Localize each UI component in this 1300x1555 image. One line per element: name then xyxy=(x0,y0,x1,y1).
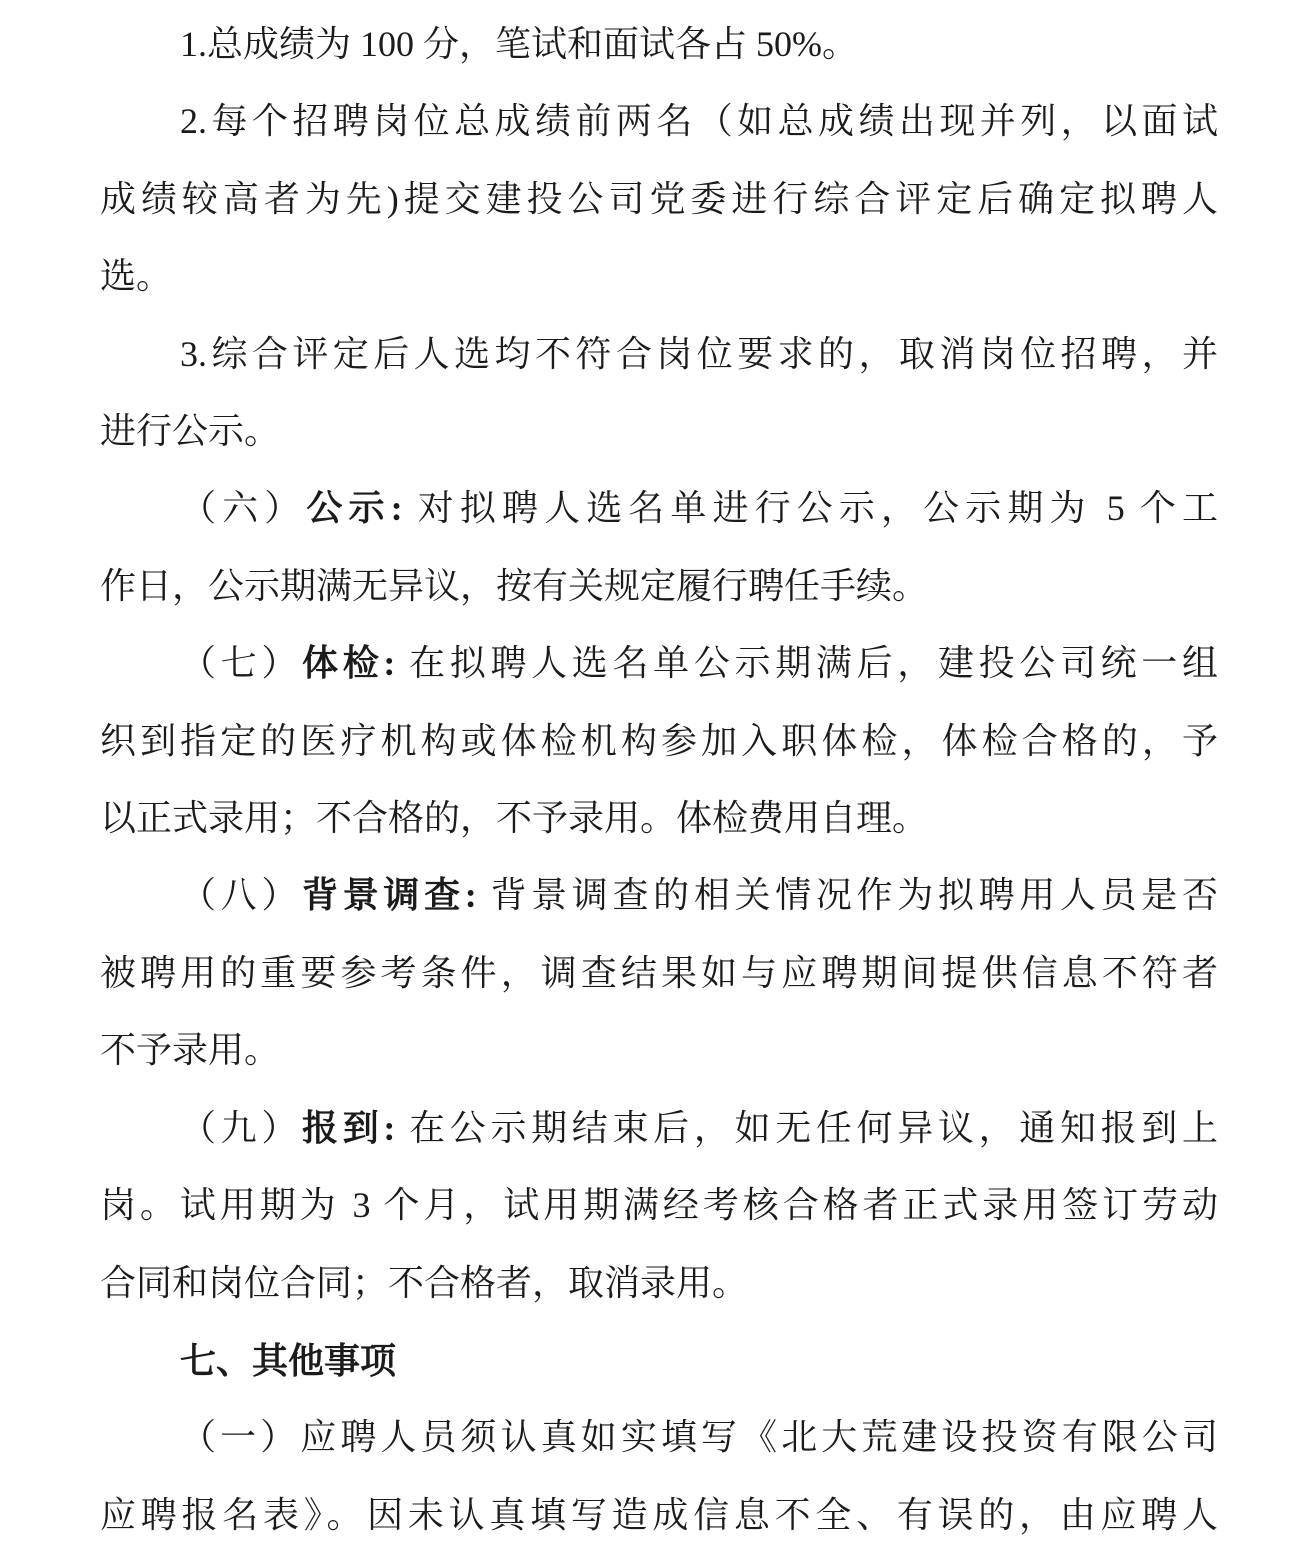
paragraph-line: 以正式录用；不合格的，不予录用。体检费用自理。 xyxy=(100,780,1218,857)
section-number: （九） xyxy=(180,1108,302,1148)
section-number: （七） xyxy=(180,643,302,683)
paragraph-line: 合同和岗位合同；不合格者，取消录用。 xyxy=(100,1245,1218,1322)
paragraph-line-section-9: （九）报到: 在公示期结束后，如无任何异议，通知报到上 xyxy=(100,1090,1218,1167)
paragraph-line: 被聘用的重要参考条件，调查结果如与应聘期间提供信息不符者 xyxy=(100,935,1218,1012)
section-text: 对拟聘人选名单进行公示，公示期为 5 个工 xyxy=(403,488,1218,528)
section-label: 公示: xyxy=(306,488,402,528)
section-number: （八） xyxy=(180,875,302,915)
section-number: （六） xyxy=(180,488,306,528)
section-text: 背景调查的相关情况作为拟聘用人员是否 xyxy=(477,875,1218,915)
paragraph-line: 成绩较高者为先)提交建投公司党委进行综合评定后确定拟聘人 xyxy=(100,161,1218,238)
paragraph-line: 应聘报名表》。因未认真填写造成信息不全、有误的，由应聘人 xyxy=(100,1477,1218,1554)
paragraph-line: 不予录用。 xyxy=(100,1012,1218,1089)
paragraph-line: （一）应聘人员须认真如实填写《北大荒建设投资有限公司 xyxy=(100,1399,1218,1476)
section-text: 在公示期结束后，如无任何异议，通知报到上 xyxy=(395,1108,1218,1148)
paragraph-line: 织到指定的医疗机构或体检机构参加入职体检，体检合格的，予 xyxy=(100,703,1218,780)
section-text: 在拟聘人选名单公示期满后，建投公司统一组 xyxy=(395,643,1218,683)
paragraph-line: 1.总成绩为 100 分，笔试和面试各占 50%。 xyxy=(100,6,1218,83)
section-label: 体检: xyxy=(302,643,395,683)
section-label: 报到: xyxy=(302,1108,395,1148)
document-page: 1.总成绩为 100 分，笔试和面试各占 50%。 2.每个招聘岗位总成绩前两名… xyxy=(0,0,1300,1555)
paragraph-line: 进行公示。 xyxy=(100,393,1218,470)
paragraph-line: 作日，公示期满无异议，按有关规定履行聘任手续。 xyxy=(100,548,1218,625)
section-heading: 七、其他事项 xyxy=(100,1322,1218,1399)
section-label: 背景调查: xyxy=(302,875,477,915)
paragraph-line: 2.每个招聘岗位总成绩前两名（如总成绩出现并列，以面试 xyxy=(100,83,1218,160)
paragraph-line-section-6: （六）公示: 对拟聘人选名单进行公示，公示期为 5 个工 xyxy=(100,470,1218,547)
paragraph-line-section-7: （七）体检: 在拟聘人选名单公示期满后，建投公司统一组 xyxy=(100,625,1218,702)
paragraph-line: 岗。试用期为 3 个月，试用期满经考核合格者正式录用签订劳动 xyxy=(100,1167,1218,1244)
paragraph-line: 3.综合评定后人选均不符合岗位要求的，取消岗位招聘，并 xyxy=(100,316,1218,393)
paragraph-line-section-8: （八）背景调查: 背景调查的相关情况作为拟聘用人员是否 xyxy=(100,857,1218,934)
paragraph-line: 选。 xyxy=(100,238,1218,315)
